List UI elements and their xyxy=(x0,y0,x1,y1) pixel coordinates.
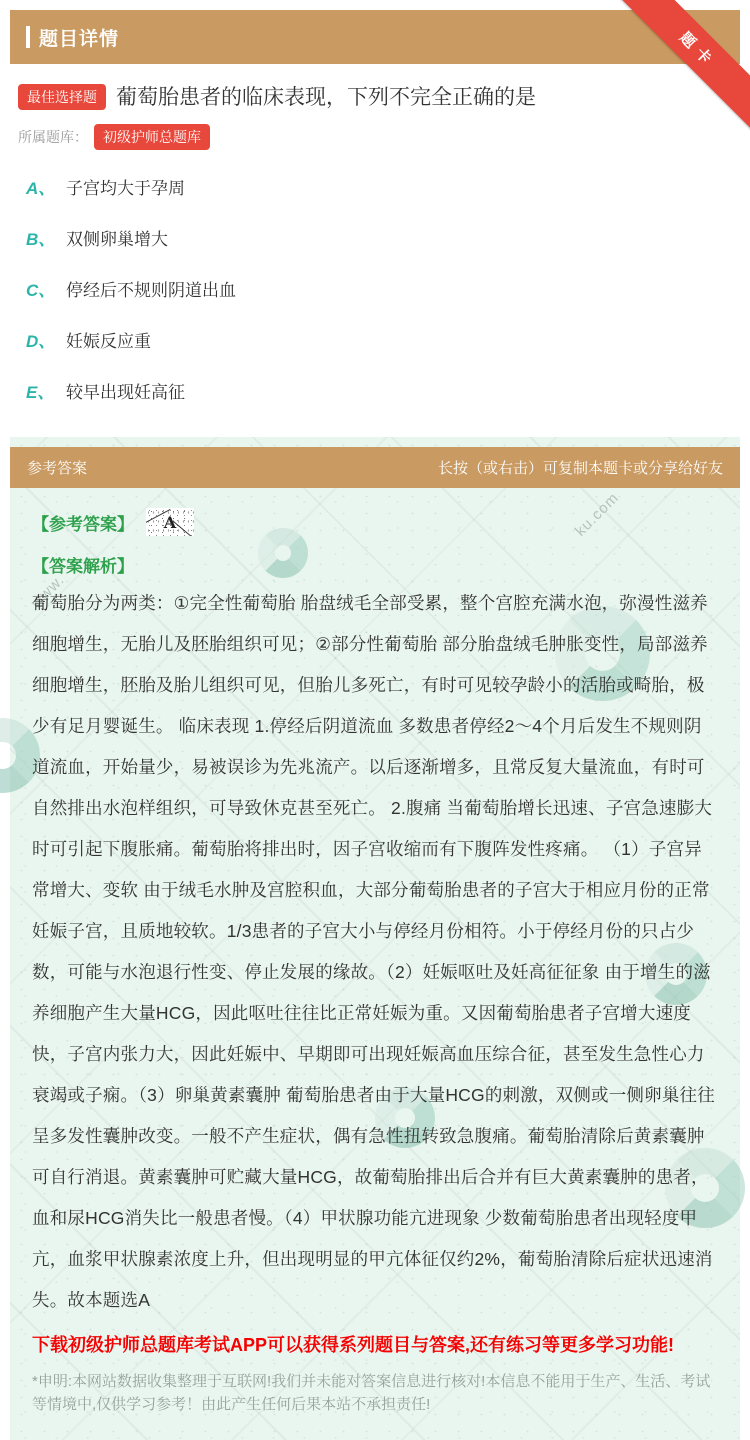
answer-value: A xyxy=(164,513,176,532)
answer-bar-title: 参考答案 xyxy=(27,457,87,478)
option-e-letter: E、 xyxy=(26,378,66,403)
option-a-letter: A、 xyxy=(26,174,66,199)
title-accent-bar xyxy=(26,26,30,48)
answer-captcha-image: A xyxy=(146,508,194,536)
question-detail-page: 题目详情 题卡 最佳选择题 葡萄胎患者的临床表现，下列不完全正确的是 所属题库：… xyxy=(0,0,750,1440)
app-promo-link[interactable]: 下载初级护师总题库考试APP可以获得系列题目与答案,还有练习等更多学习功能! xyxy=(32,1333,718,1357)
option-a-text: 子宫均大于孕周 xyxy=(66,174,185,199)
option-e: E、 较早出现妊高征 xyxy=(26,378,732,403)
option-e-text: 较早出现妊高征 xyxy=(66,378,185,403)
answer-body: ku.com www. 【参考答案】 A 【答案解析】 葡萄胎分为两类：①完全性… xyxy=(10,488,740,1440)
answer-section: 参考答案 长按（或右击）可复制本题卡或分享给好友 ku.com www. 【参考… xyxy=(10,437,740,1440)
option-b-letter: B、 xyxy=(26,225,66,250)
option-b: B、 双侧卵巢增大 xyxy=(26,225,732,250)
page-title: 题目详情 xyxy=(39,24,119,51)
question-text: 葡萄胎患者的临床表现，下列不完全正确的是 xyxy=(116,84,536,112)
option-d: D、 妊娠反应重 xyxy=(26,327,732,352)
option-d-letter: D、 xyxy=(26,327,66,352)
analysis-text: 葡萄胎分为两类：①完全性葡萄胎 胎盘绒毛全部受累，整个宫腔充满水泡，弥漫性滋养细… xyxy=(32,583,718,1321)
analysis-label: 【答案解析】 xyxy=(32,552,718,577)
option-c-text: 停经后不规则阴道出血 xyxy=(66,276,236,301)
option-d-text: 妊娠反应重 xyxy=(66,327,151,352)
option-a: A、 子宫均大于孕周 xyxy=(26,174,732,199)
option-list: A、 子宫均大于孕周 B、 双侧卵巢增大 C、 停经后不规则阴道出血 D、 妊娠… xyxy=(18,174,732,403)
question-card-ribbon[interactable]: 题卡 xyxy=(620,0,750,135)
question-type-badge: 最佳选择题 xyxy=(18,84,106,110)
option-c-letter: C、 xyxy=(26,276,66,301)
option-c: C、 停经后不规则阴道出血 xyxy=(26,276,732,301)
copy-share-hint: 长按（或右击）可复制本题卡或分享给好友 xyxy=(438,457,723,478)
ribbon-label[interactable]: 题卡 xyxy=(620,0,750,130)
bank-label: 所属题库： xyxy=(18,127,88,147)
reference-answer-label: 【参考答案】 xyxy=(32,510,134,535)
option-b-text: 双侧卵巢增大 xyxy=(66,225,168,250)
bank-badge[interactable]: 初级护师总题库 xyxy=(94,124,210,150)
answer-bar: 参考答案 长按（或右击）可复制本题卡或分享给好友 xyxy=(10,447,740,488)
disclaimer-text: *申明:本网站数据收集整理于互联网!我们并未能对答案信息进行核对!本信息不能用于… xyxy=(32,1370,718,1416)
